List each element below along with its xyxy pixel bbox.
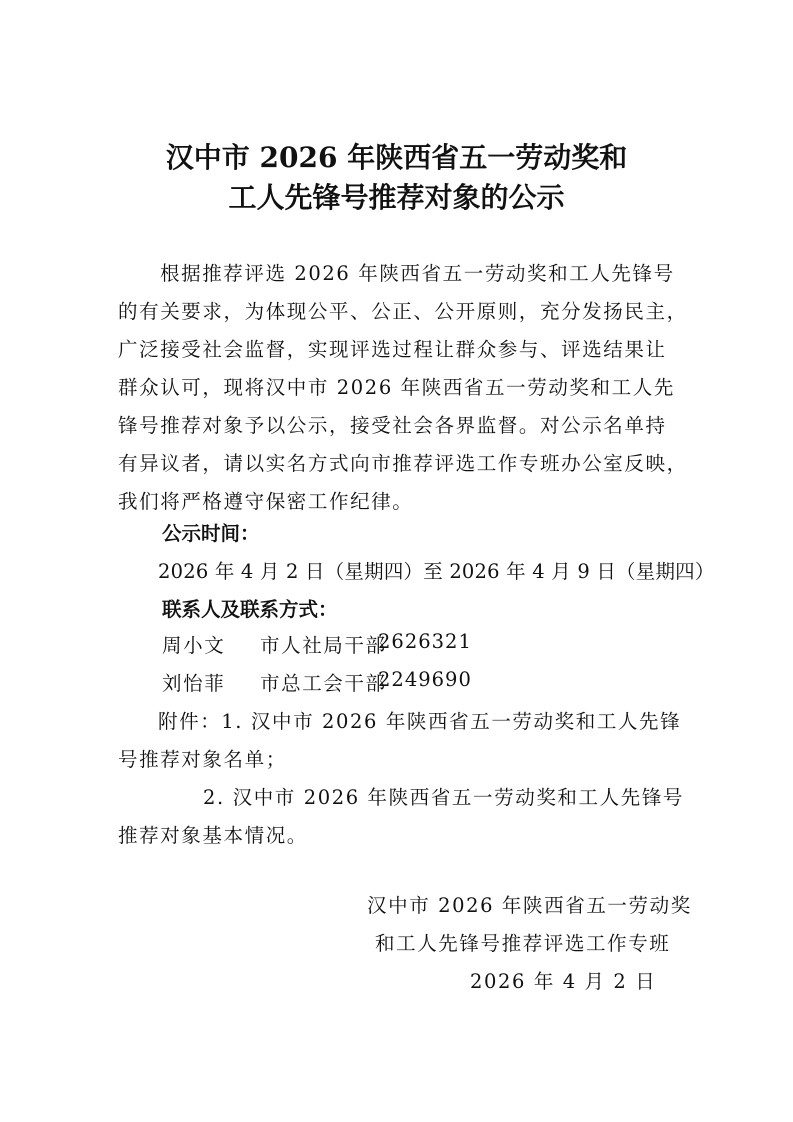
period-value: 2026 年 4 月 2 日（星期四）至 2026 年 4 月 9 日（星期四） [158, 556, 715, 584]
contact-phone: 2249690 [378, 668, 472, 691]
attachment-line-1: 附件：1. 汉中市 2026 年陕西省五一劳动奖和工人先锋 [158, 706, 681, 734]
body-line-4: 群众认可，现将汉中市 2026 年陕西省五一劳动奖和工人先 [118, 372, 675, 400]
signature-org-line-2: 和工人先锋号推荐评选工作专班 [375, 928, 670, 956]
contact-name: 刘怡菲 [162, 668, 225, 696]
body-line-7: 我们将严格遵守保密工作纪律。 [118, 486, 413, 514]
body-line-6: 有异议者，请以实名方式向市推荐评选工作专班办公室反映， [118, 448, 688, 476]
body-line-2: 的有关要求，为体现公平、公正、公开原则，充分发扬民主， [118, 296, 688, 324]
title-line-2: 工人先锋号推荐对象的公示 [0, 176, 793, 216]
attachment-line-3: 2. 汉中市 2026 年陕西省五一劳动奖和工人先锋号 [203, 782, 684, 810]
contact-phone: 2626321 [378, 630, 472, 653]
signature-org-line-1: 汉中市 2026 年陕西省五一劳动奖 [367, 890, 692, 918]
body-line-3: 广泛接受社会监督，实现评选过程让群众参与、评选结果让 [118, 334, 667, 362]
contact-name: 周小文 [162, 630, 225, 658]
title-line-1: 汉中市 2026 年陕西省五一劳动奖和 [0, 136, 793, 176]
contact-heading: 联系人及联系方式： [162, 594, 338, 622]
contact-unit: 市人社局干部 [260, 630, 387, 658]
body-line-1: 根据推荐评选 2026 年陕西省五一劳动奖和工人先锋号 [160, 258, 675, 286]
attachment-line-2: 号推荐对象名单； [118, 744, 287, 772]
contact-unit: 市总工会干部 [260, 668, 387, 696]
signature-date: 2026 年 4 月 2 日 [470, 966, 656, 994]
period-heading: 公示时间： [162, 518, 260, 546]
attachment-line-4: 推荐对象基本情况。 [118, 820, 308, 848]
body-line-5: 锋号推荐对象予以公示，接受社会各界监督。对公示名单持 [118, 410, 667, 438]
